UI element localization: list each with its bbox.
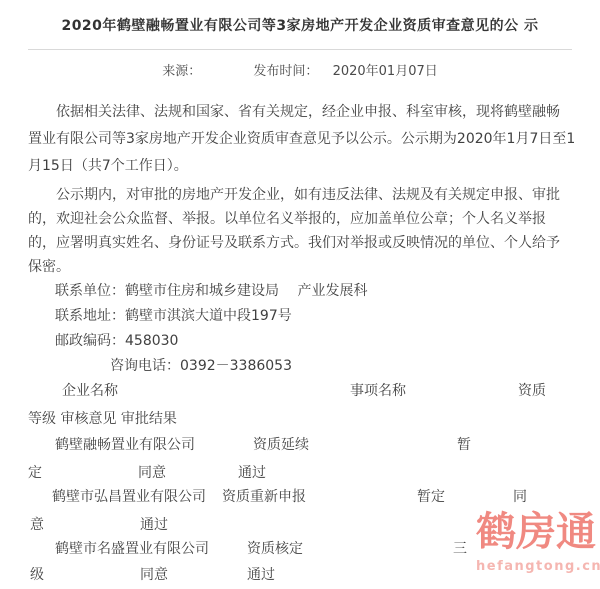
paragraph-line: 依据相关法律、法规和国家、省有关规定，经企业申报、科室审核，现将鹤壁融畅 xyxy=(28,99,572,126)
contact-postcode-line: 邮政编码：458030 xyxy=(28,329,572,354)
article-body: 依据相关法律、法规和国家、省有关规定，经企业申报、科室审核，现将鹤壁融畅 置业有… xyxy=(28,99,572,589)
row2-grade: 暂定 xyxy=(417,489,445,505)
paragraph-line: 保密。 xyxy=(28,255,572,279)
meta-row: 来源： 发布时间： 2020年01月07日 xyxy=(0,63,600,81)
row1-review: 同意 xyxy=(138,465,166,481)
row2-company: 鹤壁市弘昌置业有限公司 xyxy=(52,489,206,505)
paragraph-line: 置业有限公司等3家房地产开发企业资质审查意见予以公示。公示期为2020年1月7日… xyxy=(28,126,572,153)
publish-date: 2020年01月07日 xyxy=(333,64,438,79)
row3-grade-part2: 级 xyxy=(30,567,44,583)
row3-company: 鹤壁市名盛置业有限公司 xyxy=(55,541,209,557)
qualification-list: 企业名称 事项名称 资质 等级 审核意见 审批结果 鹤壁融畅置业有限公司 资质延… xyxy=(28,379,572,589)
row3-item: 资质核定 xyxy=(247,541,303,557)
list-header-wrapped-rest: 等级 审核意见 审批结果 xyxy=(28,411,177,427)
row1-company: 鹤壁融畅置业有限公司 xyxy=(55,437,195,453)
title-divider xyxy=(28,49,572,50)
list-header-item: 事项名称 xyxy=(350,383,406,399)
row1-grade-part2: 定 xyxy=(28,465,42,481)
paragraph-line: 月15日（共7个工作日）。 xyxy=(28,153,572,180)
paragraph-line: 的，应署明真实姓名、身份证号及联系方式。我们对举报或反映情况的单位、个人给予 xyxy=(28,231,572,255)
contact-phone-line: 咨询电话：0392－3386053 xyxy=(28,354,572,379)
row3-result: 通过 xyxy=(247,567,275,583)
paragraph-line: 公示期内，对审批的房地产开发企业，如有违反法律、法规及有关规定申报、审批 xyxy=(28,183,572,207)
row2-review-part2: 意 xyxy=(30,517,44,533)
row2-item: 资质重新申报 xyxy=(222,489,306,505)
contact-address-line: 联系地址：鹤壁市淇滨大道中段197号 xyxy=(28,304,572,329)
paragraph-intro: 依据相关法律、法规和国家、省有关规定，经企业申报、科室审核，现将鹤壁融畅 置业有… xyxy=(28,99,572,180)
row1-item: 资质延续 xyxy=(253,437,309,453)
publish-time-label: 发布时间： xyxy=(253,64,318,79)
paragraph-line: 的，欢迎社会公众监督、举报。以单位名义举报的，应加盖单位公章；个人名义举报 xyxy=(28,207,572,231)
paragraph-supervision: 公示期内，对审批的房地产开发企业，如有违反法律、法规及有关规定申报、审批 的，欢… xyxy=(28,183,572,279)
row2-review-part1: 同 xyxy=(513,489,527,505)
row1-grade-part1: 暂 xyxy=(457,437,471,453)
list-header-grade-part: 资质 xyxy=(518,383,546,399)
row3-review: 同意 xyxy=(140,567,168,583)
row3-grade-part1: 三 xyxy=(453,541,467,557)
contact-unit-line: 联系单位：鹤壁市住房和城乡建设局 产业发展科 xyxy=(28,279,572,304)
row2-result: 通过 xyxy=(140,517,168,533)
source-label: 来源： xyxy=(162,64,201,79)
contact-block: 联系单位：鹤壁市住房和城乡建设局 产业发展科 联系地址：鹤壁市淇滨大道中段197… xyxy=(28,279,572,379)
document-page: 2020年鹤壁融畅置业有限公司等3家房地产开发企业资质审查意见的公 示 来源： … xyxy=(0,0,600,589)
page-title: 2020年鹤壁融畅置业有限公司等3家房地产开发企业资质审查意见的公 示 xyxy=(0,0,600,36)
list-header-company: 企业名称 xyxy=(62,383,118,399)
row1-result: 通过 xyxy=(238,465,266,481)
